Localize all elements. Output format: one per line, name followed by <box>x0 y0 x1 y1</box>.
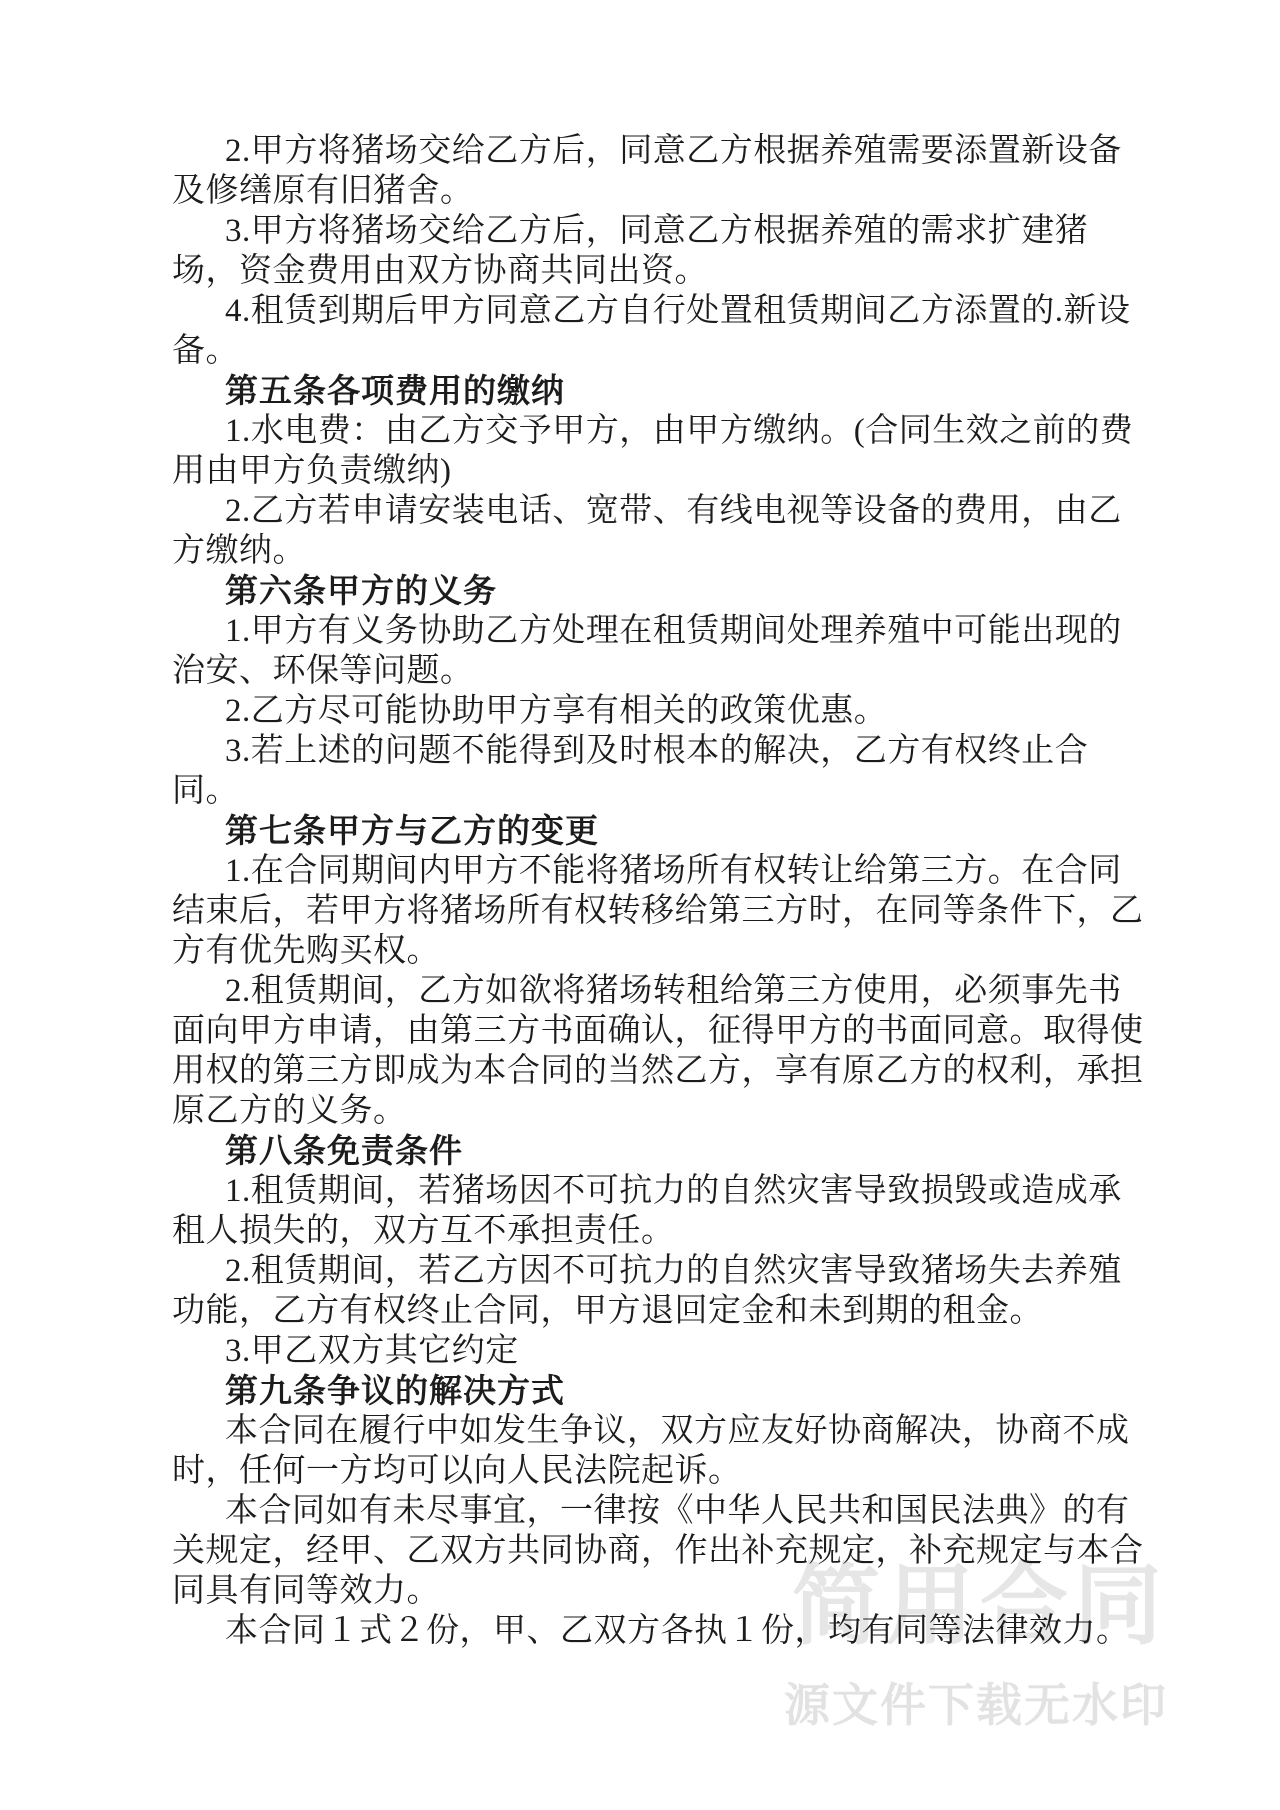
text-line: 结束后，若甲方将猪场所有权转移给第三方时，在同等条件下，乙 <box>172 891 1162 931</box>
text-line: 3.若上述的问题不能得到及时根本的解决，乙方有权终止合 <box>172 731 1162 771</box>
text-line: 本合同如有未尽事宜，一律按《中华人民共和国民法典》的有 <box>172 1491 1162 1531</box>
clause-heading: 第八条免责条件 <box>172 1131 1162 1171</box>
text-line: 租人损失的，双方互不承担责任。 <box>172 1211 1162 1251</box>
text-line: 2.乙方尽可能协助甲方享有相关的政策优惠。 <box>172 691 1162 731</box>
text-line: 1.甲方有义务协助乙方处理在租赁期间处理养殖中可能出现的 <box>172 611 1162 651</box>
text-line: 用由甲方负责缴纳) <box>172 451 1162 491</box>
text-line: 功能，乙方有权终止合同，甲方退回定金和未到期的租金。 <box>172 1291 1162 1331</box>
text-line: 1.在合同期间内甲方不能将猪场所有权转让给第三方。在合同 <box>172 851 1162 891</box>
text-line: 3.甲方将猪场交给乙方后，同意乙方根据养殖的需求扩建猪 <box>172 211 1162 251</box>
text-line: 2.乙方若申请安装电话、宽带、有线电视等设备的费用，由乙 <box>172 491 1162 531</box>
text-line: 2.租赁期间，乙方如欲将猪场转租给第三方使用，必须事先书 <box>172 971 1162 1011</box>
text-line: 1.水电费：由乙方交予甲方，由甲方缴纳。(合同生效之前的费 <box>172 411 1162 451</box>
text-line: 原乙方的义务。 <box>172 1091 1162 1131</box>
contract-page: 简用合同 源文件下载无水印 2.甲方将猪场交给乙方后，同意乙方根据养殖需要添置新… <box>0 0 1280 1810</box>
text-line: 关规定，经甲、乙双方共同协商，作出补充规定，补充规定与本合 <box>172 1531 1162 1571</box>
text-line: 本合同１式２份，甲、乙双方各执１份，均有同等法律效力。 <box>172 1611 1162 1651</box>
text-line: 2.租赁期间，若乙方因不可抗力的自然灾害导致猪场失去养殖 <box>172 1251 1162 1291</box>
text-line: 2.甲方将猪场交给乙方后，同意乙方根据养殖需要添置新设备 <box>172 131 1162 171</box>
text-line: 本合同在履行中如发生争议，双方应友好协商解决，协商不成 <box>172 1411 1162 1451</box>
text-line: 1.租赁期间，若猪场因不可抗力的自然灾害导致损毁或造成承 <box>172 1171 1162 1211</box>
text-line: 同。 <box>172 771 1162 811</box>
text-line: 方有优先购买权。 <box>172 931 1162 971</box>
clause-heading: 第九条争议的解决方式 <box>172 1371 1162 1411</box>
clause-heading: 第五条各项费用的缴纳 <box>172 371 1162 411</box>
text-line: 备。 <box>172 331 1162 371</box>
clause-heading: 第七条甲方与乙方的变更 <box>172 811 1162 851</box>
text-line: 用权的第三方即成为本合同的当然乙方，享有原乙方的权利，承担 <box>172 1051 1162 1091</box>
text-line: 场，资金费用由双方协商共同出资。 <box>172 251 1162 291</box>
text-line: 及修缮原有旧猪舍。 <box>172 171 1162 211</box>
text-line: 4.租赁到期后甲方同意乙方自行处置租赁期间乙方添置的.新设 <box>172 291 1162 331</box>
watermark-note-text: 源文件下载无水印 <box>784 1680 1168 1730</box>
text-line: 同具有同等效力。 <box>172 1571 1162 1611</box>
document-body: 2.甲方将猪场交给乙方后，同意乙方根据养殖需要添置新设备及修缮原有旧猪舍。3.甲… <box>172 131 1162 1651</box>
text-line: 3.甲乙双方其它约定 <box>172 1331 1162 1371</box>
clause-heading: 第六条甲方的义务 <box>172 571 1162 611</box>
text-line: 治安、环保等问题。 <box>172 651 1162 691</box>
text-line: 方缴纳。 <box>172 531 1162 571</box>
text-line: 时，任何一方均可以向人民法院起诉。 <box>172 1451 1162 1491</box>
text-line: 面向甲方申请，由第三方书面确认，征得甲方的书面同意。取得使 <box>172 1011 1162 1051</box>
